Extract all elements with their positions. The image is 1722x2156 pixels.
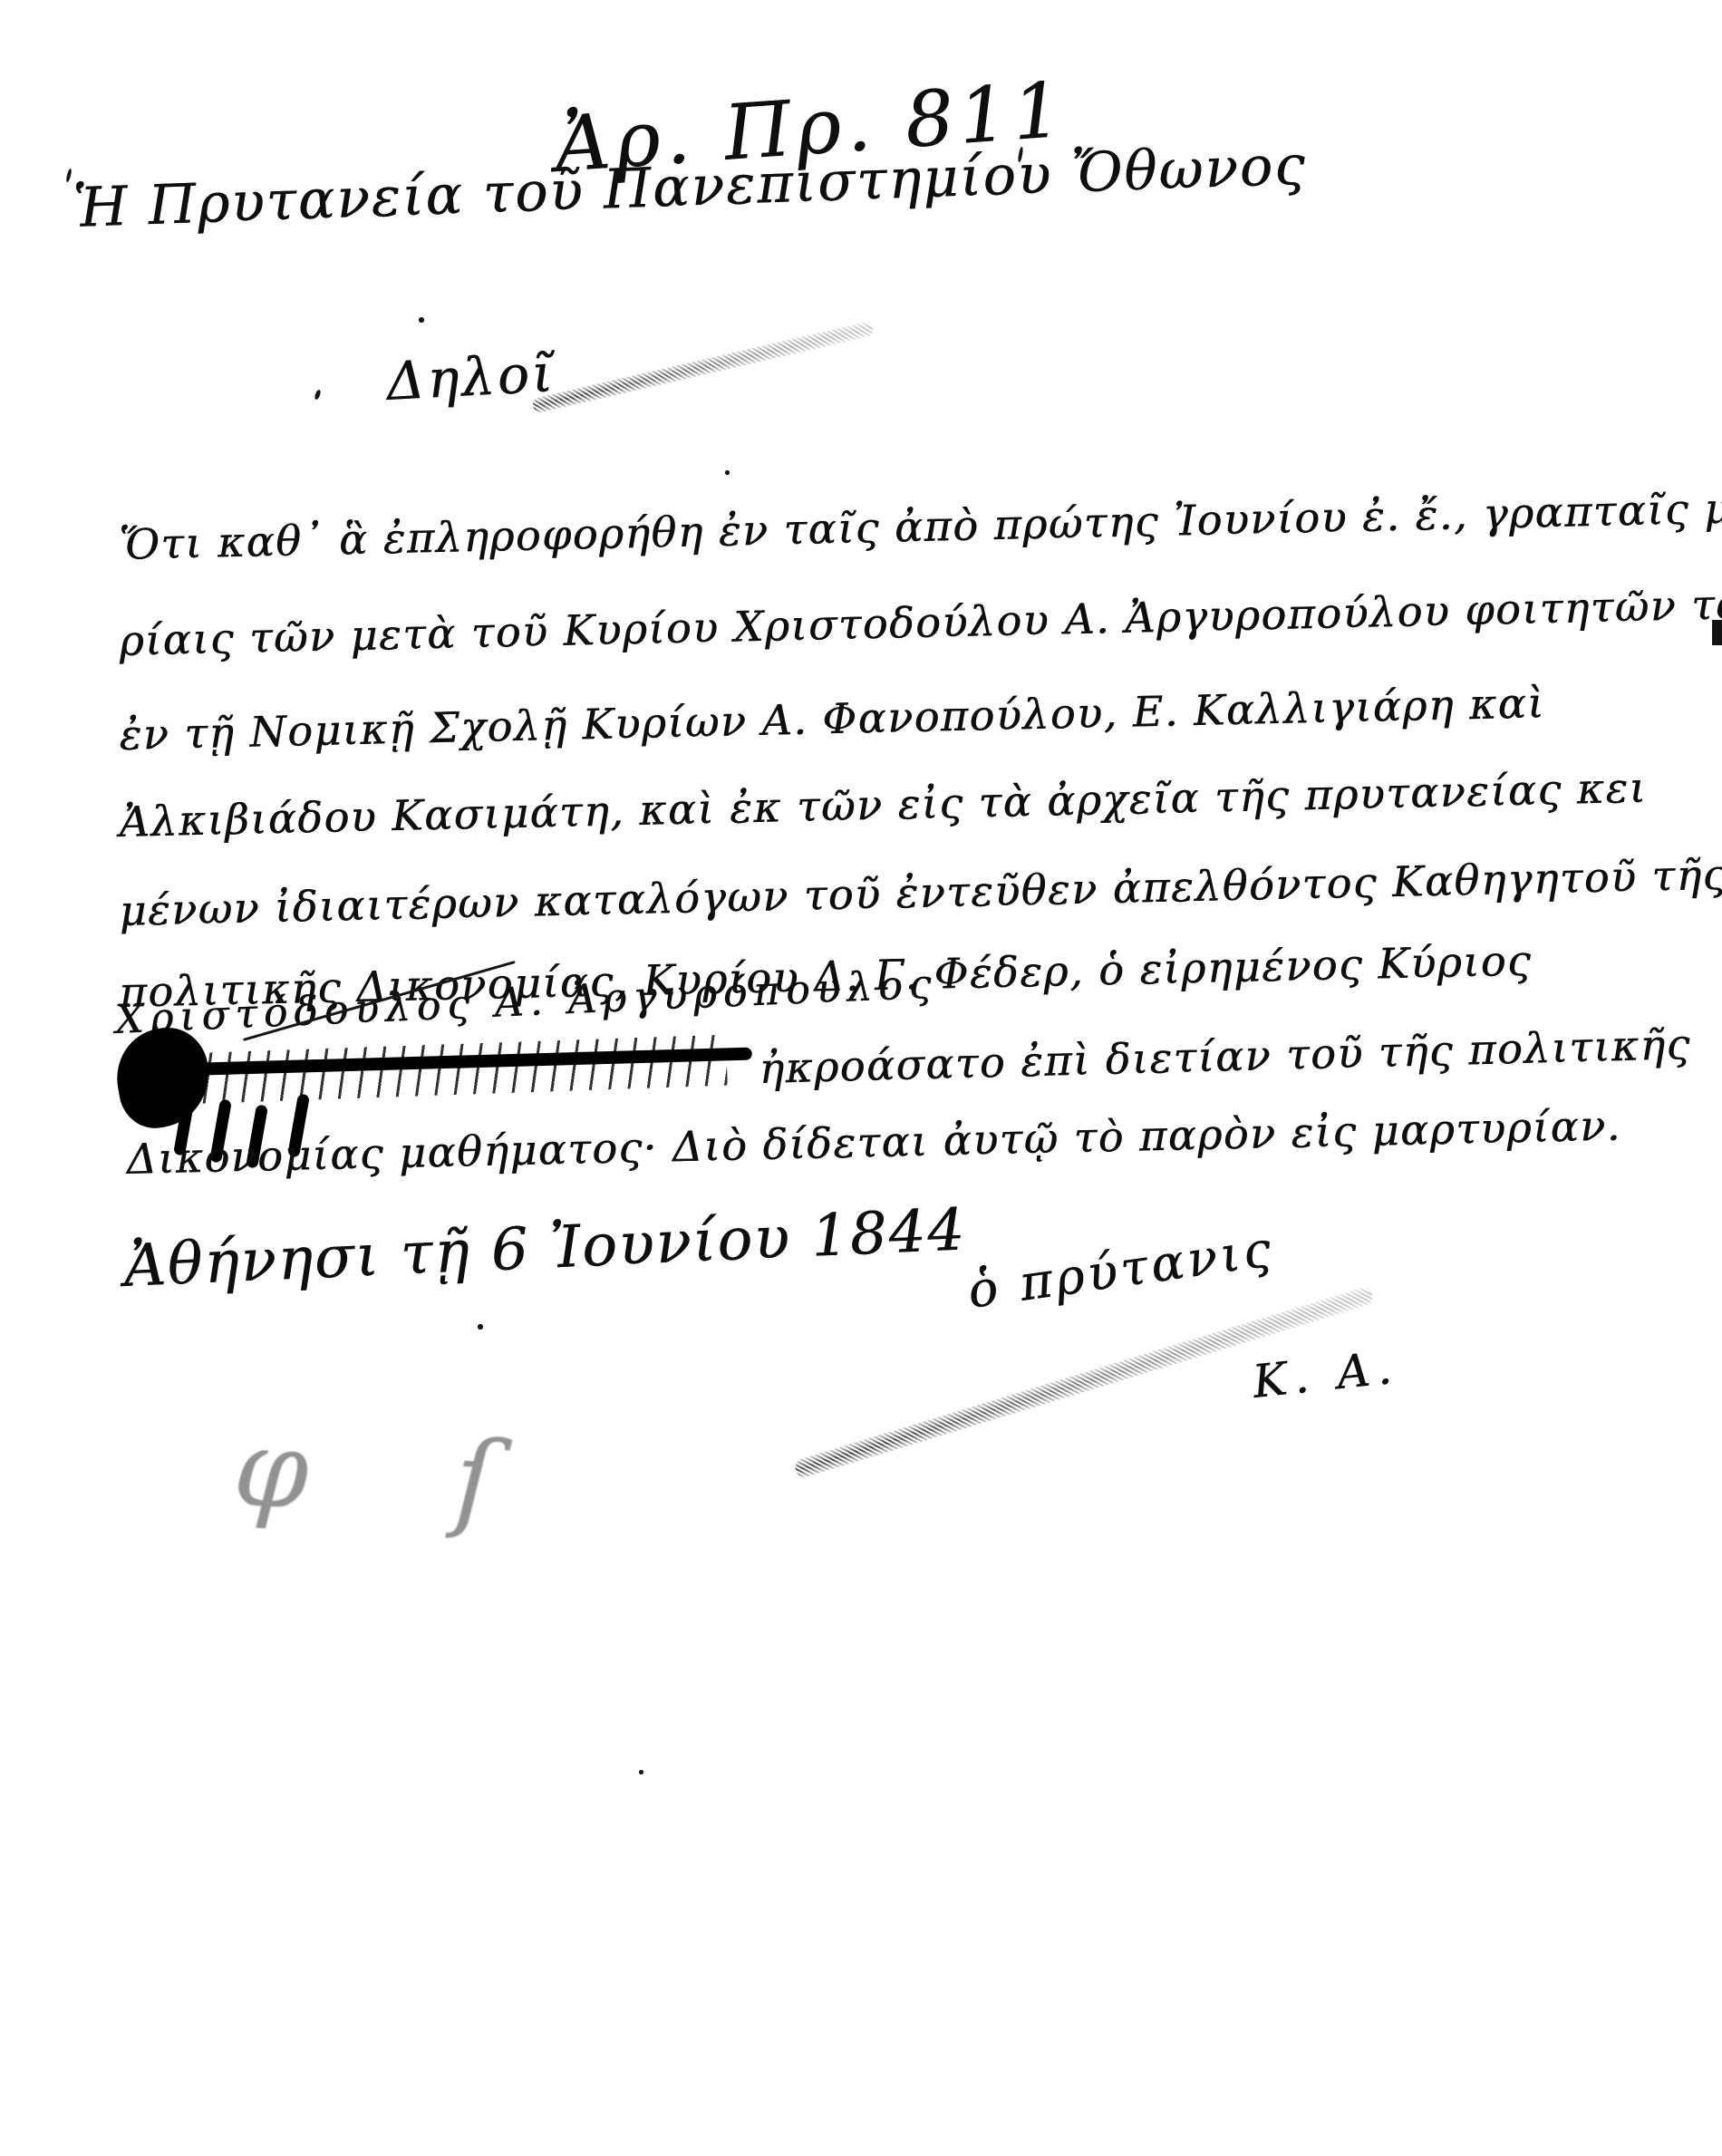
body-line-7-after-strike: ἠκροάσατο ἐπὶ διετίαν τοῦ τῆς πολιτικῆς xyxy=(759,1023,1691,1089)
ink-speck xyxy=(639,1770,643,1774)
ink-speck xyxy=(419,317,424,323)
graphite-smudge-top xyxy=(531,321,875,414)
scan-edge-artifact xyxy=(1712,620,1722,645)
signature-initials: Κ. Α. xyxy=(1251,1344,1400,1405)
body-line-5: μένων ἰδιαιτέρων καταλόγων τοῦ ἐντεῦθεν … xyxy=(119,854,1722,932)
body-line-1: Ὅτι καθ᾽ ἃ ἐπληροφορήθη ἐν ταῖς ἀπὸ πρώτ… xyxy=(119,485,1722,566)
ink-speck xyxy=(314,389,321,400)
ink-blot xyxy=(109,1021,217,1134)
declares-word: Δηλοῖ xyxy=(385,346,556,408)
scanned-manuscript-page: Ἀρ. Πρ. 811 Ἡ Πρυτανεία τοῦ Πανεπιστημίο… xyxy=(0,0,1722,2156)
rector-signoff: ὁ πρύτανις xyxy=(964,1224,1277,1316)
body-line-4: Ἀλκιβιάδου Κασιμάτη, καὶ ἐκ τῶν εἰς τὰ ἀ… xyxy=(119,767,1648,843)
pencil-annotation: φ ſ xyxy=(231,1414,554,1537)
body-line-3: ἐν τῇ Νομικῇ Σχολῇ Κυρίων Α. Φανοπούλου,… xyxy=(119,682,1545,756)
body-line-2: ρίαις τῶν μετὰ τοῦ Κυρίου Χριστοδούλου Α… xyxy=(119,582,1722,662)
ink-speck xyxy=(65,169,73,183)
ink-speck xyxy=(478,1324,483,1329)
ink-speck xyxy=(725,470,730,475)
place-and-date-line: Ἀθήνησι τῇ 6 Ἰουνίου 1844 xyxy=(122,1201,967,1296)
